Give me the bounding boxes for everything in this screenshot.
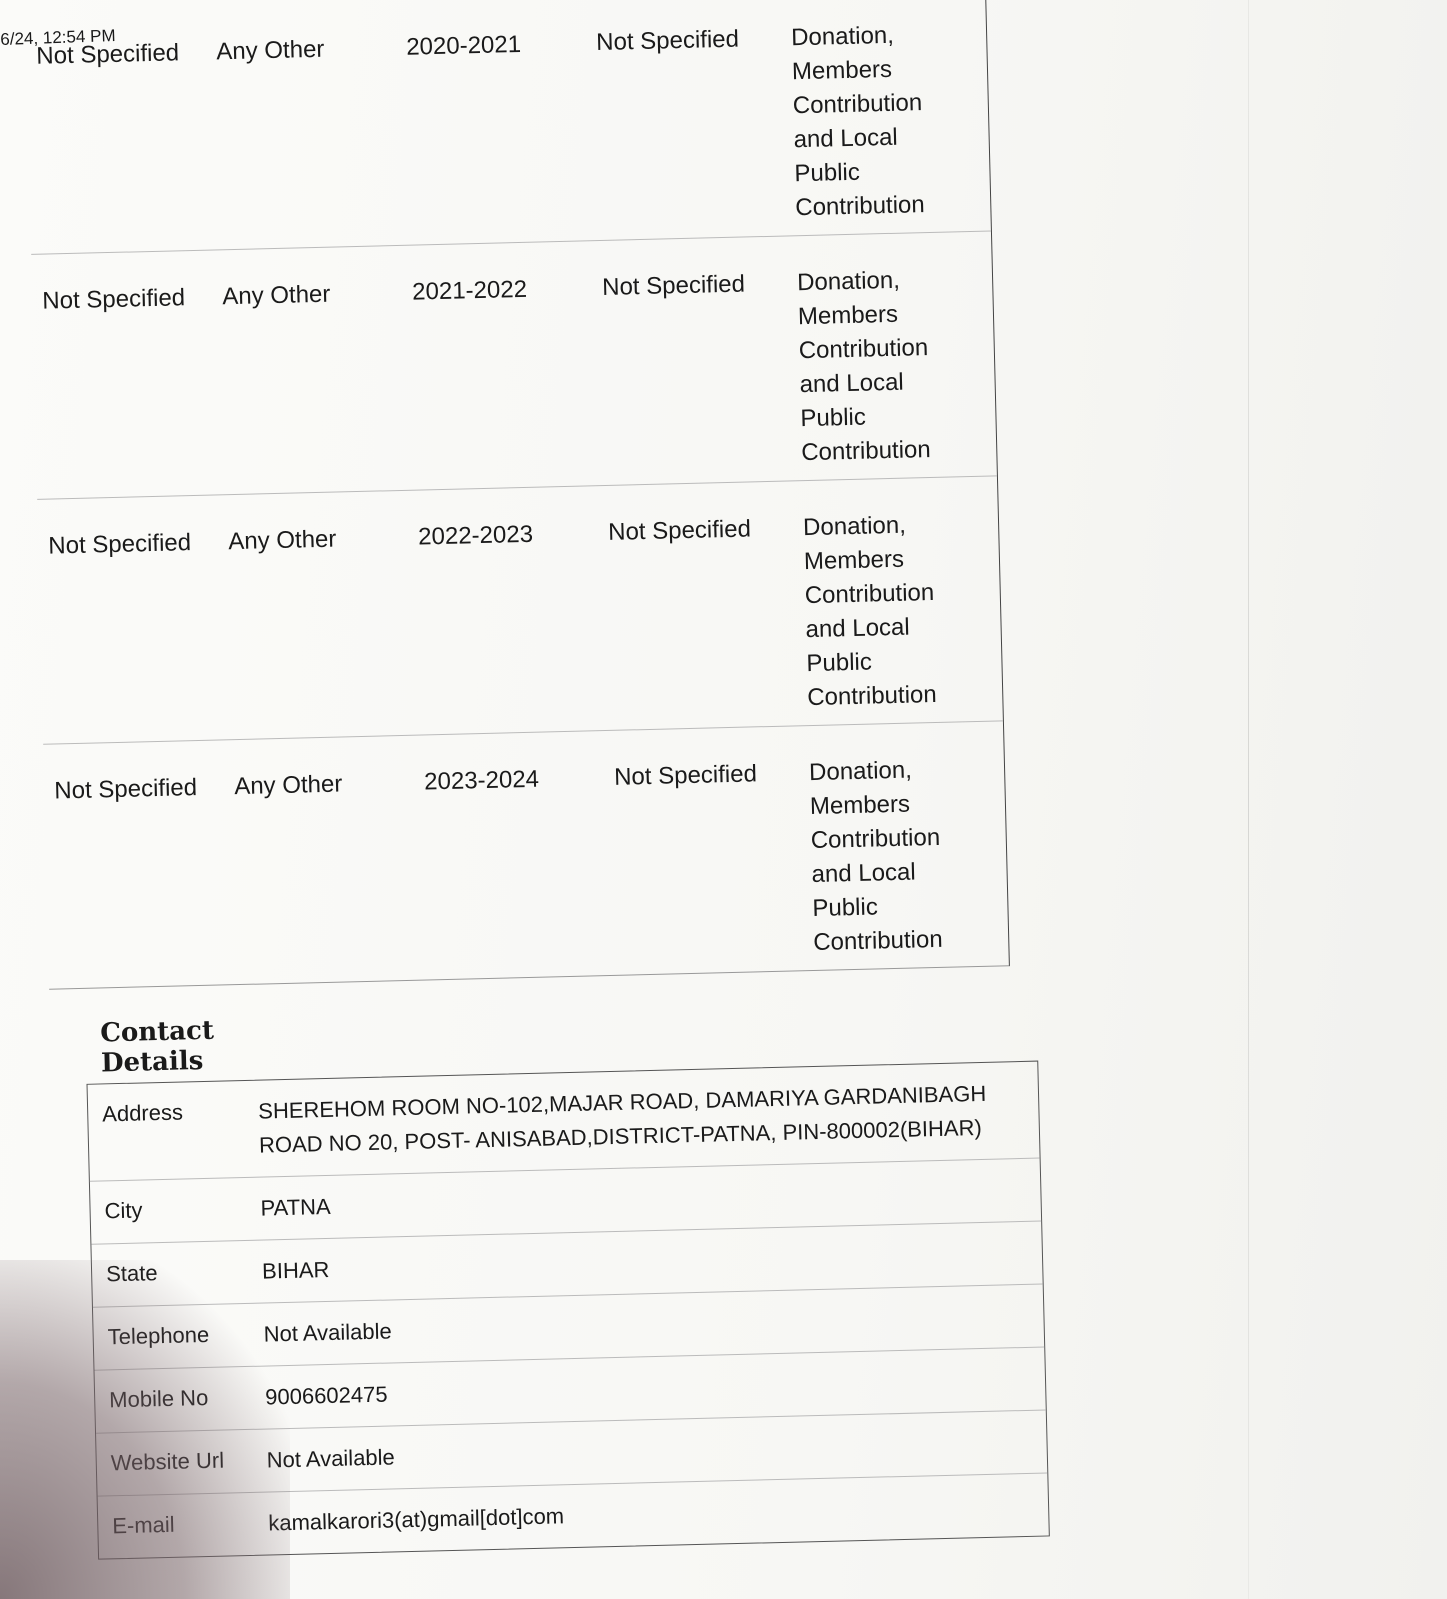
contact-value: Not Available	[266, 1424, 1047, 1477]
table-cell-source: Donation, Members Contribution and Local…	[799, 751, 1009, 960]
table-cell-source: Donation, Members Contribution and Local…	[793, 506, 1003, 715]
table-cell: Any Other	[224, 766, 419, 975]
table-row: Not Specified Any Other 2020-2021 Not Sp…	[25, 0, 991, 255]
table-cell: Not Specified	[604, 756, 804, 965]
table-cell-year: 2022-2023	[408, 516, 603, 725]
contact-value: Not Available	[263, 1299, 1044, 1352]
contact-details-heading: Contact Details	[100, 1016, 215, 1079]
table-cell: Not Specified	[32, 281, 217, 489]
table-cell: Not Specified	[598, 511, 798, 720]
funding-table: Not Specified Any Other 2020-2021 Not Sp…	[25, 0, 1010, 990]
contact-label: Mobile No	[95, 1381, 266, 1419]
table-row: Not Specified Any Other 2021-2022 Not Sp…	[31, 231, 997, 499]
table-cell: Not Specified	[26, 36, 211, 244]
contact-label: Address	[88, 1095, 260, 1167]
contact-label: E-mail	[98, 1507, 269, 1545]
contact-label: Website Url	[96, 1444, 267, 1482]
table-cell-source: Donation, Members Contribution and Local…	[787, 261, 997, 470]
contact-label: City	[90, 1192, 261, 1230]
table-row: Not Specified Any Other 2023-2024 Not Sp…	[43, 721, 1009, 988]
table-cell: Not Specified	[592, 266, 792, 475]
contact-details-table: Address SHEREHOM ROOM NO-102,MAJAR ROAD,…	[86, 1061, 1049, 1560]
table-cell: Not Specified	[586, 22, 786, 231]
contact-value: 9006602475	[265, 1361, 1046, 1414]
paper-fold-line	[1248, 0, 1249, 1599]
table-cell-source: Donation, Members Contribution and Local…	[781, 17, 991, 226]
table-cell-year: 2021-2022	[402, 271, 597, 480]
table-cell: Any Other	[212, 276, 407, 485]
table-cell: Any Other	[206, 31, 401, 240]
table-cell-year: 2020-2021	[396, 26, 591, 235]
contact-value: SHEREHOM ROOM NO-102,MAJAR ROAD, DAMARIY…	[258, 1076, 1039, 1163]
contact-value: PATNA	[260, 1173, 1041, 1226]
table-cell: Any Other	[218, 521, 413, 730]
table-cell: Not Specified	[44, 770, 229, 978]
table-row: Not Specified Any Other 2022-2023 Not Sp…	[37, 476, 1003, 744]
table-cell: Not Specified	[38, 525, 223, 733]
contact-label: Telephone	[93, 1318, 264, 1356]
contact-value: BIHAR	[262, 1236, 1043, 1289]
table-cell-year: 2023-2024	[414, 761, 609, 970]
contact-label: State	[92, 1255, 263, 1293]
contact-value: kamalkarori3(at)gmail[dot]com	[268, 1487, 1049, 1540]
